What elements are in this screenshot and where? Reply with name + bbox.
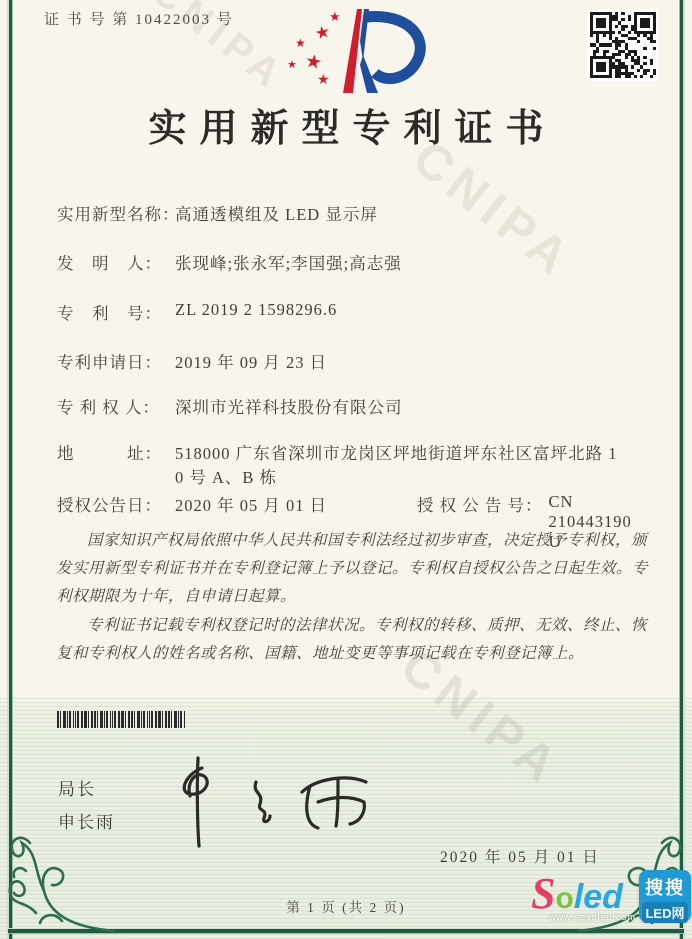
corner-flourish-icon xyxy=(2,827,122,937)
field-address: 地 址： 518000 广东省深圳市龙岗区坪地街道坪东社区富坪北路 1 0 号 … xyxy=(57,440,618,488)
star-icon: ★ xyxy=(287,59,297,70)
field-patent-number: 专 利 号： ZL 2019 2 1598296.6 xyxy=(57,300,337,324)
cnipa-logo: ★ ★ ★ ★ ★ ★ xyxy=(283,3,451,99)
field-value: 高通透模组及 LED 显示屏 xyxy=(175,201,378,225)
legal-paragraph: 专利证书记载专利权登记时的法律状况。专利权的转移、质押、无效、终止、恢复和专利权… xyxy=(56,612,652,668)
field-label: 实用新型名称： xyxy=(57,201,175,225)
field-value: 张现峰;张永军;李国强;高志强 xyxy=(175,250,402,274)
field-label: 发 明 人： xyxy=(57,250,175,274)
document-title: 实用新型专利证书 xyxy=(0,97,692,152)
legal-paragraph: 国家知识产权局依照中华人民共和国专利法经过初步审查，决定授予专利权，颁发实用新型… xyxy=(56,527,652,612)
signer-title: 局长 xyxy=(58,775,96,800)
field-label: 地 址： xyxy=(57,440,175,488)
field-grant-date: 授权公告日： 2020 年 05 月 01 日 授 权 公 告 号： CN 21… xyxy=(57,492,327,516)
certificate-number: 证 书 号 第 10422003 号 xyxy=(44,8,234,29)
star-icon: ★ xyxy=(313,24,331,44)
field-utility-model-name: 实用新型名称： 高通透模组及 LED 显示屏 xyxy=(57,201,378,225)
star-icon: ★ xyxy=(303,52,323,74)
star-icon: ★ xyxy=(329,11,341,24)
field-value: ZL 2019 2 1598296.6 xyxy=(175,300,337,324)
soled-led-bulb-icon: o xyxy=(555,882,573,915)
emblem-red-wedge xyxy=(343,9,362,93)
field-value: 2019 年 09 月 23 日 xyxy=(175,349,327,373)
soled-badge-line2: LED网 xyxy=(642,902,688,923)
field-value: 深圳市光祥科技股份有限公司 xyxy=(175,394,403,418)
legal-text: 国家知识产权局依照中华人民共和国专利法经过初步审查，决定授予专利权，颁发实用新型… xyxy=(56,527,652,668)
handwritten-signature xyxy=(152,752,392,852)
star-icon: ★ xyxy=(295,37,306,49)
cnipa-watermark: CNIPA xyxy=(402,129,585,290)
field-patentee: 专 利 权 人： 深圳市光祥科技股份有限公司 xyxy=(57,394,403,418)
barcode xyxy=(57,711,265,728)
field-label: 专 利 权 人： xyxy=(57,394,175,418)
soled-letter-s: S xyxy=(531,869,555,918)
field-value: 2020 年 05 月 01 日 xyxy=(175,492,327,516)
field-label: 专利申请日： xyxy=(57,349,175,373)
field-label: 专 利 号： xyxy=(57,300,175,324)
field-filing-date: 专利申请日： 2019 年 09 月 23 日 xyxy=(57,349,327,373)
grant-date-line: 2020 年 05 月 01 日 xyxy=(410,845,630,867)
soled-badge: 搜搜 LED网 xyxy=(639,870,691,922)
star-icon: ★ xyxy=(317,73,330,87)
soled-letters-led: led xyxy=(574,878,623,916)
field-inventors: 发 明 人： 张现峰;张永军;李国强;高志强 xyxy=(57,250,402,274)
field-label: 授权公告日： xyxy=(57,492,175,516)
patent-certificate-page: CNIPA CNIPA CNIPA 证 书 号 第 10422003 号 xyxy=(0,0,692,939)
signer-name: 申长雨 xyxy=(58,808,115,833)
field-value: 518000 广东省深圳市龙岗区坪地街道坪东社区富坪北路 1 0 号 A、B 栋 xyxy=(175,440,618,488)
soled-url: www.sosoled.com xyxy=(549,912,636,922)
soled-badge-line1: 搜搜 xyxy=(639,874,691,900)
soled-site-logo: Soled www.sosoled.com 搜搜 LED网 xyxy=(531,868,691,936)
qr-code xyxy=(587,9,659,81)
